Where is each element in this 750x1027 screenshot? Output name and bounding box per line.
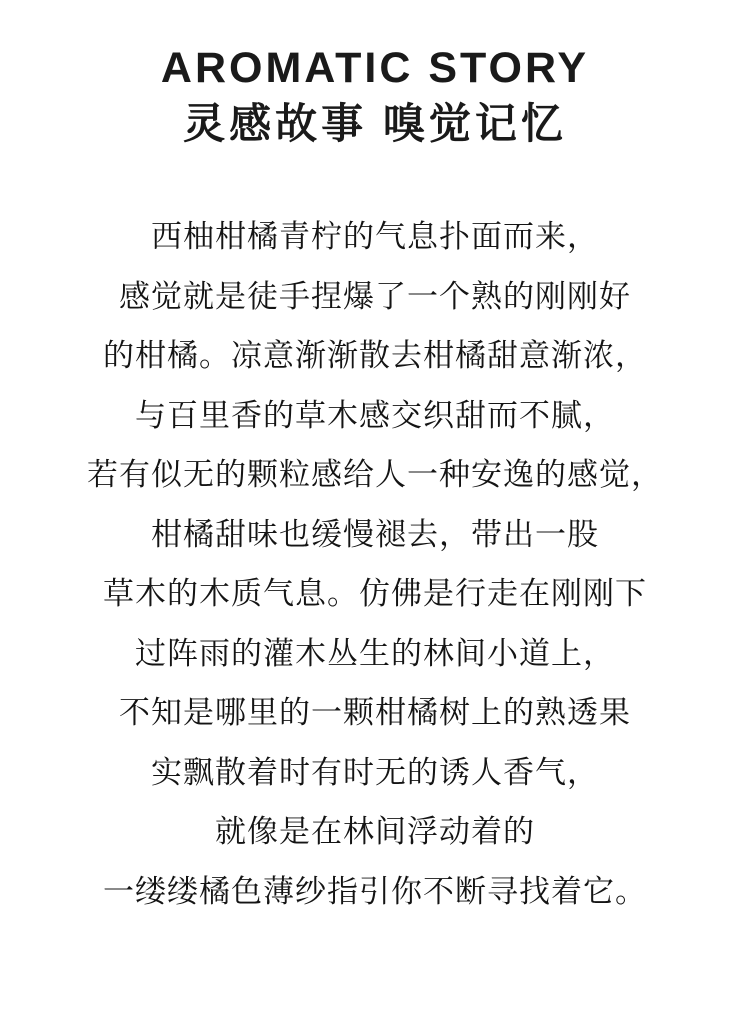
body-line: 一缕缕橘色薄纱指引你不断寻找着它。 <box>0 862 750 922</box>
body-line: 感觉就是徒手捏爆了一个熟的刚刚好 <box>0 267 750 327</box>
body-line: 草木的木质气息。仿佛是行走在刚刚下 <box>0 564 750 624</box>
body-line: 就像是在林间浮动着的 <box>0 802 750 862</box>
page-subtitle: 灵感故事 嗅觉记忆 <box>0 99 750 149</box>
aromatic-story-page: AROMATIC STORY 灵感故事 嗅觉记忆 西柚柑橘青柠的气息扑面而来，感… <box>0 0 750 1027</box>
body-line: 西柚柑橘青柠的气息扑面而来， <box>0 207 750 267</box>
body-line: 柑橘甜味也缓慢褪去，带出一股 <box>0 505 750 565</box>
body-line: 实飘散着时有时无的诱人香气， <box>0 743 750 803</box>
body-line: 的柑橘。凉意渐渐散去柑橘甜意渐浓， <box>0 326 750 386</box>
body-line: 过阵雨的灌木丛生的林间小道上， <box>0 624 750 684</box>
body-line: 若有似无的颗粒感给人一种安逸的感觉， <box>0 445 750 505</box>
body-line: 与百里香的草木感交织甜而不腻， <box>0 386 750 446</box>
page-title: AROMATIC STORY <box>0 0 750 92</box>
body-line: 不知是哪里的一颗柑橘树上的熟透果 <box>0 683 750 743</box>
story-body: 西柚柑橘青柠的气息扑面而来，感觉就是徒手捏爆了一个熟的刚刚好的柑橘。凉意渐渐散去… <box>0 207 750 921</box>
